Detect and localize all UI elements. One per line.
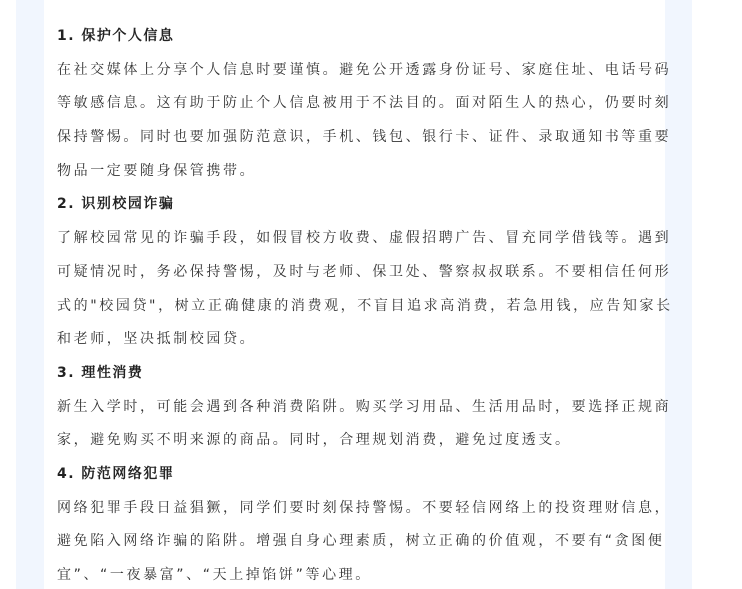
section-campus-fraud: 2. 识别校园诈骗 了解校园常见的诈骗手段，如假冒校方收费、虚假招聘广告、冒充同…: [57, 188, 657, 356]
paragraph-line: 避免陷入网络诈骗的陷阱。增强自身心理素质，树立正确的价值观，不要有“贪图便: [57, 525, 657, 559]
paragraph-line: 和老师，坚决抵制校园贷。: [57, 323, 657, 357]
section-protect-personal-info: 1. 保护个人信息 在社交媒体上分享个人信息时要谨慎。避免公开透露身份证号、家庭…: [57, 20, 657, 188]
paragraph-line: 等敏感信息。这有助于防止个人信息被用于不法目的。面对陌生人的热心，仍要时刻: [57, 87, 657, 121]
paragraph-line: 保持警惕。同时也要加强防范意识，手机、钱包、银行卡、证件、录取通知书等重要: [57, 121, 657, 155]
section-heading: 1. 保护个人信息: [57, 20, 657, 54]
paragraph-line: 在社交媒体上分享个人信息时要谨慎。避免公开透露身份证号、家庭住址、电话号码: [57, 54, 657, 88]
paragraph-line: 新生入学时，可能会遇到各种消费陷阱。购买学习用品、生活用品时，要选择正规商: [57, 391, 657, 425]
paragraph-line: 宜”、“一夜暴富”、“天上掉馅饼”等心理。: [57, 559, 657, 589]
section-heading: 4. 防范网络犯罪: [57, 458, 657, 492]
paragraph-line: 式的"校园贷"，树立正确健康的消费观，不盲目追求高消费，若急用钱，应告知家长: [57, 290, 657, 324]
paragraph-line: 物品一定要随身保管携带。: [57, 155, 657, 189]
paragraph-line: 家，避免购买不明来源的商品。同时，合理规划消费，避免过度透支。: [57, 424, 657, 458]
article-card: 1. 保护个人信息 在社交媒体上分享个人信息时要谨慎。避免公开透露身份证号、家庭…: [44, 0, 665, 589]
paragraph-line: 可疑情况时，务必保持警惕，及时与老师、保卫处、警察叔叔联系。不要相信任何形: [57, 256, 657, 290]
section-heading: 2. 识别校园诈骗: [57, 188, 657, 222]
page: 1. 保护个人信息 在社交媒体上分享个人信息时要谨慎。避免公开透露身份证号、家庭…: [0, 0, 742, 589]
paragraph-line: 了解校园常见的诈骗手段，如假冒校方收费、虚假招聘广告、冒充同学借钱等。遇到: [57, 222, 657, 256]
article-content: 1. 保护个人信息 在社交媒体上分享个人信息时要谨慎。避免公开透露身份证号、家庭…: [57, 20, 657, 589]
section-cybercrime: 4. 防范网络犯罪 网络犯罪手段日益猖獗，同学们要时刻保持警惕。不要轻信网络上的…: [57, 458, 657, 589]
section-heading: 3. 理性消费: [57, 357, 657, 391]
paragraph-line: 网络犯罪手段日益猖獗，同学们要时刻保持警惕。不要轻信网络上的投资理财信息，: [57, 492, 657, 526]
section-rational-spending: 3. 理性消费 新生入学时，可能会遇到各种消费陷阱。购买学习用品、生活用品时，要…: [57, 357, 657, 458]
